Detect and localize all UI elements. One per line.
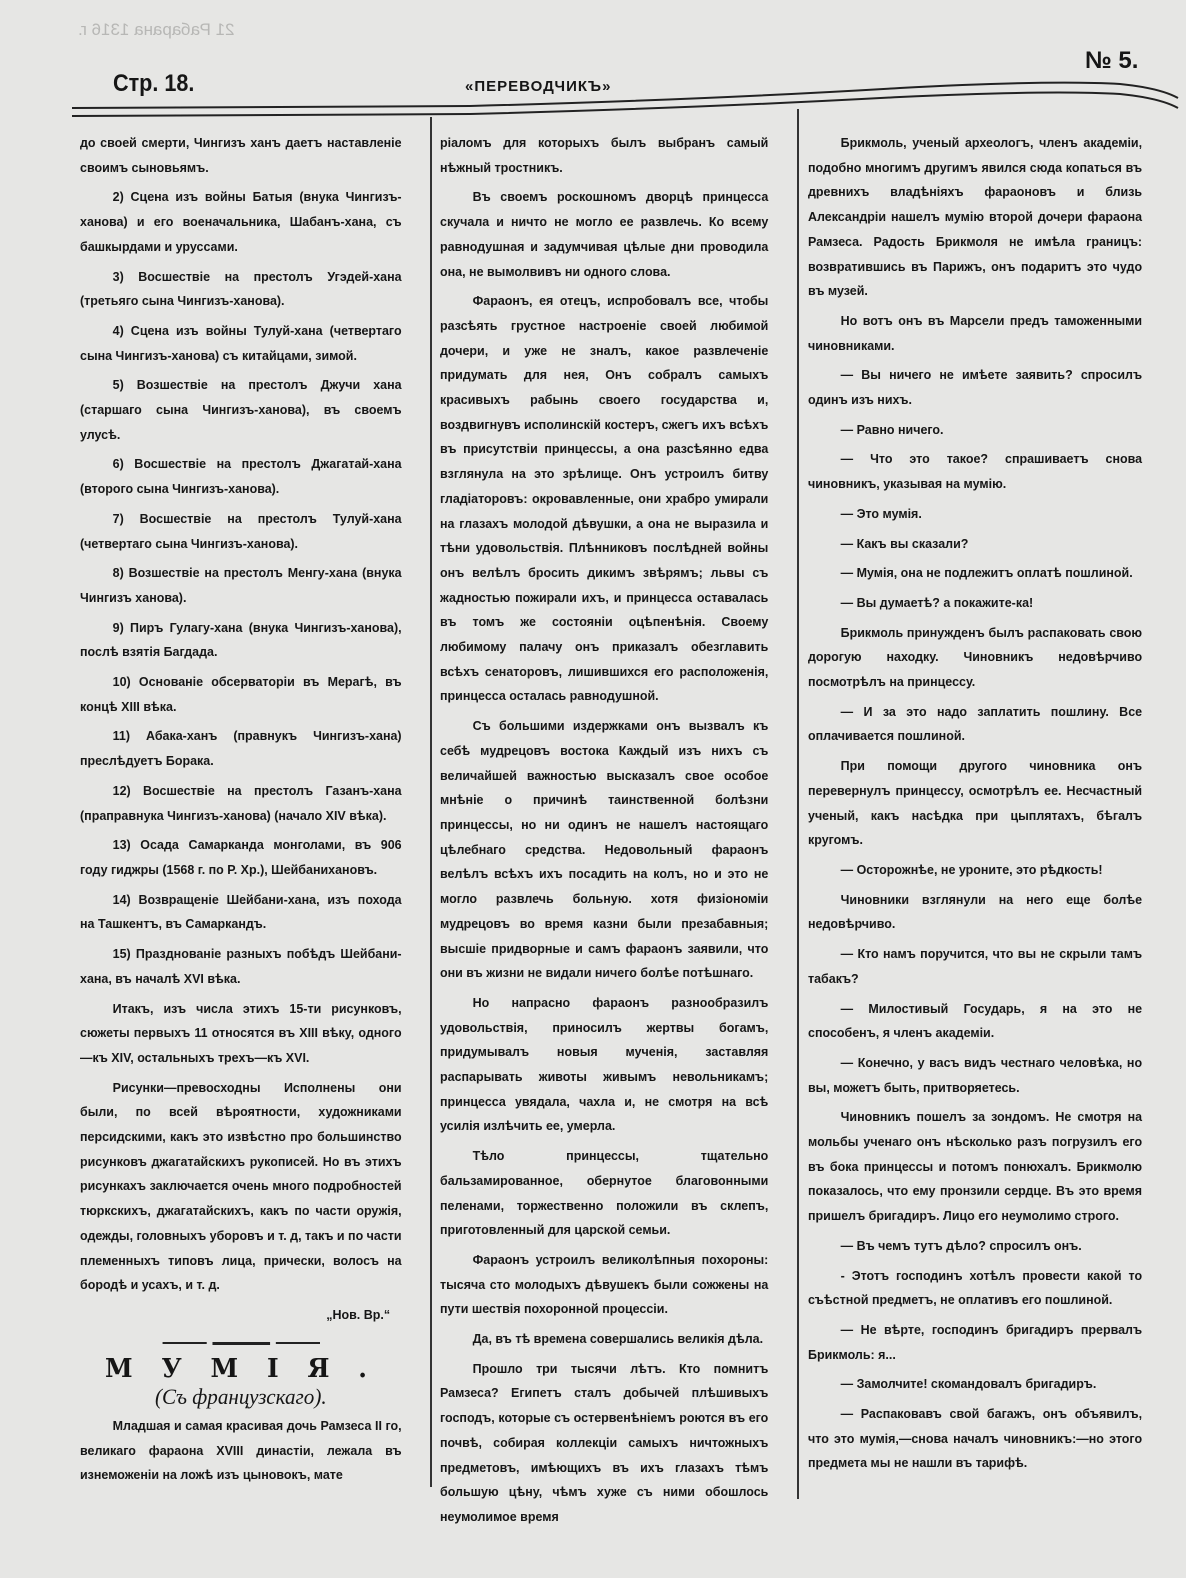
paragraph: — Замолчите! скомандовалъ бригадиръ. bbox=[808, 1372, 1142, 1397]
paragraph: — Кто намъ поручится, что вы не скрыли т… bbox=[808, 942, 1142, 991]
paragraph: Рисунки—превосходны Исполнены они были, … bbox=[80, 1076, 402, 1298]
paragraph: — Это мумія. bbox=[808, 502, 1142, 527]
story-title: МУМІЯ. bbox=[99, 1357, 401, 1382]
paragraph: — Вы ничего не имѣете заявить? спросилъ … bbox=[808, 363, 1142, 412]
paragraph: — Вы думаетѣ? а покажите-ка! bbox=[808, 591, 1142, 616]
paragraph: — Въ чемъ тутъ дѣло? спросилъ онъ. bbox=[808, 1234, 1142, 1259]
column-right: Брикмоль, ученый археологъ, членъ академ… bbox=[808, 131, 1142, 1481]
header-double-rule bbox=[0, 0, 1186, 130]
paragraph: 13) Осада Самарканда монголами, въ 906 г… bbox=[80, 833, 402, 882]
paragraph: Да, въ тѣ времена совершались великія дѣ… bbox=[440, 1327, 768, 1352]
paragraph: Итакъ, изъ числа этихъ 15-ти рисунковъ, … bbox=[80, 997, 402, 1071]
paragraph: Тѣло принцессы, тщательно бальзамированн… bbox=[440, 1144, 768, 1243]
paragraph: Съ большими издержками онъ вызвалъ къ се… bbox=[440, 714, 768, 986]
paragraph: Прошло три тысячи лѣтъ. Кто помнитъ Рамз… bbox=[440, 1357, 768, 1530]
paragraph: 15) Празднованіе разныхъ побѣдъ Шейбани-… bbox=[80, 942, 402, 991]
story-subtitle: (Съ французскаго). bbox=[80, 1385, 402, 1410]
paragraph: 4) Сцена изъ войны Тулуй-хана (четвертаг… bbox=[80, 319, 402, 368]
paragraph: до своей смерти, Чингизъ ханъ даетъ наст… bbox=[80, 131, 402, 180]
paragraph: Младшая и самая красивая дочь Рамзеса II… bbox=[80, 1414, 402, 1488]
column-left: до своей смерти, Чингизъ ханъ даетъ наст… bbox=[80, 131, 402, 1493]
column-divider-1 bbox=[430, 117, 432, 1487]
paragraph: - Этотъ господинъ хотѣлъ провести какой … bbox=[808, 1264, 1142, 1313]
paragraph: 7) Восшествіе на престолъ Тулуй-хана (че… bbox=[80, 507, 402, 556]
paragraph: — Осторожнѣе, не уроните, это рѣдкость! bbox=[808, 858, 1142, 883]
paragraph: — Что это такое? спрашиваетъ снова чинов… bbox=[808, 447, 1142, 496]
paragraph: ріаломъ для которыхъ былъ выбранъ самый … bbox=[440, 131, 768, 180]
story-body-middle: ріаломъ для которыхъ былъ выбранъ самый … bbox=[440, 131, 768, 1530]
paragraph: 2) Сцена изъ войны Батыя (внука Чингизъ-… bbox=[80, 185, 402, 259]
paragraph: Въ своемъ роскошномъ дворцѣ принцесса ск… bbox=[440, 185, 768, 284]
paragraph: При помощи другого чиновника онъ перевер… bbox=[808, 754, 1142, 853]
paragraph: — Какъ вы сказали? bbox=[808, 532, 1142, 557]
paragraph: — Милостивый Государь, я на это не спосо… bbox=[808, 997, 1142, 1046]
section-separator bbox=[80, 1342, 402, 1345]
article-list-drawings: до своей смерти, Чингизъ ханъ даетъ наст… bbox=[80, 131, 402, 1298]
paragraph: — Мумія, она не подлежитъ оплатѣ пошлино… bbox=[808, 561, 1142, 586]
paragraph: 3) Восшествіе на престолъ Угэдей-хана (т… bbox=[80, 265, 402, 314]
paragraph: Чиновники взглянули на него еще болѣе не… bbox=[808, 888, 1142, 937]
paragraph: 14) Возвращеніе Шейбани-хана, изъ похода… bbox=[80, 888, 402, 937]
paragraph: 5) Возшествіе на престолъ Джучи хана (ст… bbox=[80, 373, 402, 447]
paragraph: — Конечно, у васъ видъ честнаго человѣка… bbox=[808, 1051, 1142, 1100]
column-middle: ріаломъ для которыхъ былъ выбранъ самый … bbox=[440, 131, 768, 1535]
paragraph: Чиновникъ пошелъ за зондомъ. Не смотря н… bbox=[808, 1105, 1142, 1229]
paragraph: 8) Возшествіе на престолъ Менгу-хана (вн… bbox=[80, 561, 402, 610]
paragraph: — Не вѣрте, господинъ бригадиръ прервалъ… bbox=[808, 1318, 1142, 1367]
paragraph: 11) Абака-ханъ (правнукъ Чингизъ-хана) п… bbox=[80, 724, 402, 773]
paragraph: Фараонъ устроилъ великолѣпныя похороны: … bbox=[440, 1248, 768, 1322]
paragraph: Но напрасно фараонъ разнообразилъ удовол… bbox=[440, 991, 768, 1139]
paragraph: Брикмоль, ученый археологъ, членъ академ… bbox=[808, 131, 1142, 304]
paragraph: 12) Восшествіе на престолъ Газанъ-хана (… bbox=[80, 779, 402, 828]
paragraph: — Распаковавъ свой багажъ, онъ объявилъ,… bbox=[808, 1402, 1142, 1476]
story-opening: Младшая и самая красивая дочь Рамзеса II… bbox=[80, 1414, 402, 1488]
newspaper-page: 21 Рабарана 1316 г. Стр. 18. «ПЕРЕВОДЧИК… bbox=[0, 0, 1186, 1578]
story-body-right: Брикмоль, ученый археологъ, членъ академ… bbox=[808, 131, 1142, 1476]
paragraph: 9) Пиръ Гулагу-хана (внука Чингизъ-ханов… bbox=[80, 616, 402, 665]
paragraph: 6) Восшествіе на престолъ Джагатай-хана … bbox=[80, 452, 402, 501]
paragraph: Но вотъ онъ въ Марсели предъ таможенными… bbox=[808, 309, 1142, 358]
paragraph: Брикмоль принужденъ былъ распаковать сво… bbox=[808, 621, 1142, 695]
source-signature: „Нов. Вр.“ bbox=[80, 1303, 390, 1328]
paragraph: — Равно ничего. bbox=[808, 418, 1142, 443]
paragraph: Фараонъ, ея отецъ, испробовалъ все, чтоб… bbox=[440, 289, 768, 709]
paragraph: — И за это надо заплатить пошлину. Все о… bbox=[808, 700, 1142, 749]
column-divider-2 bbox=[797, 109, 799, 1499]
paragraph: 10) Основаніе обсерваторіи въ Мерагѣ, въ… bbox=[80, 670, 402, 719]
